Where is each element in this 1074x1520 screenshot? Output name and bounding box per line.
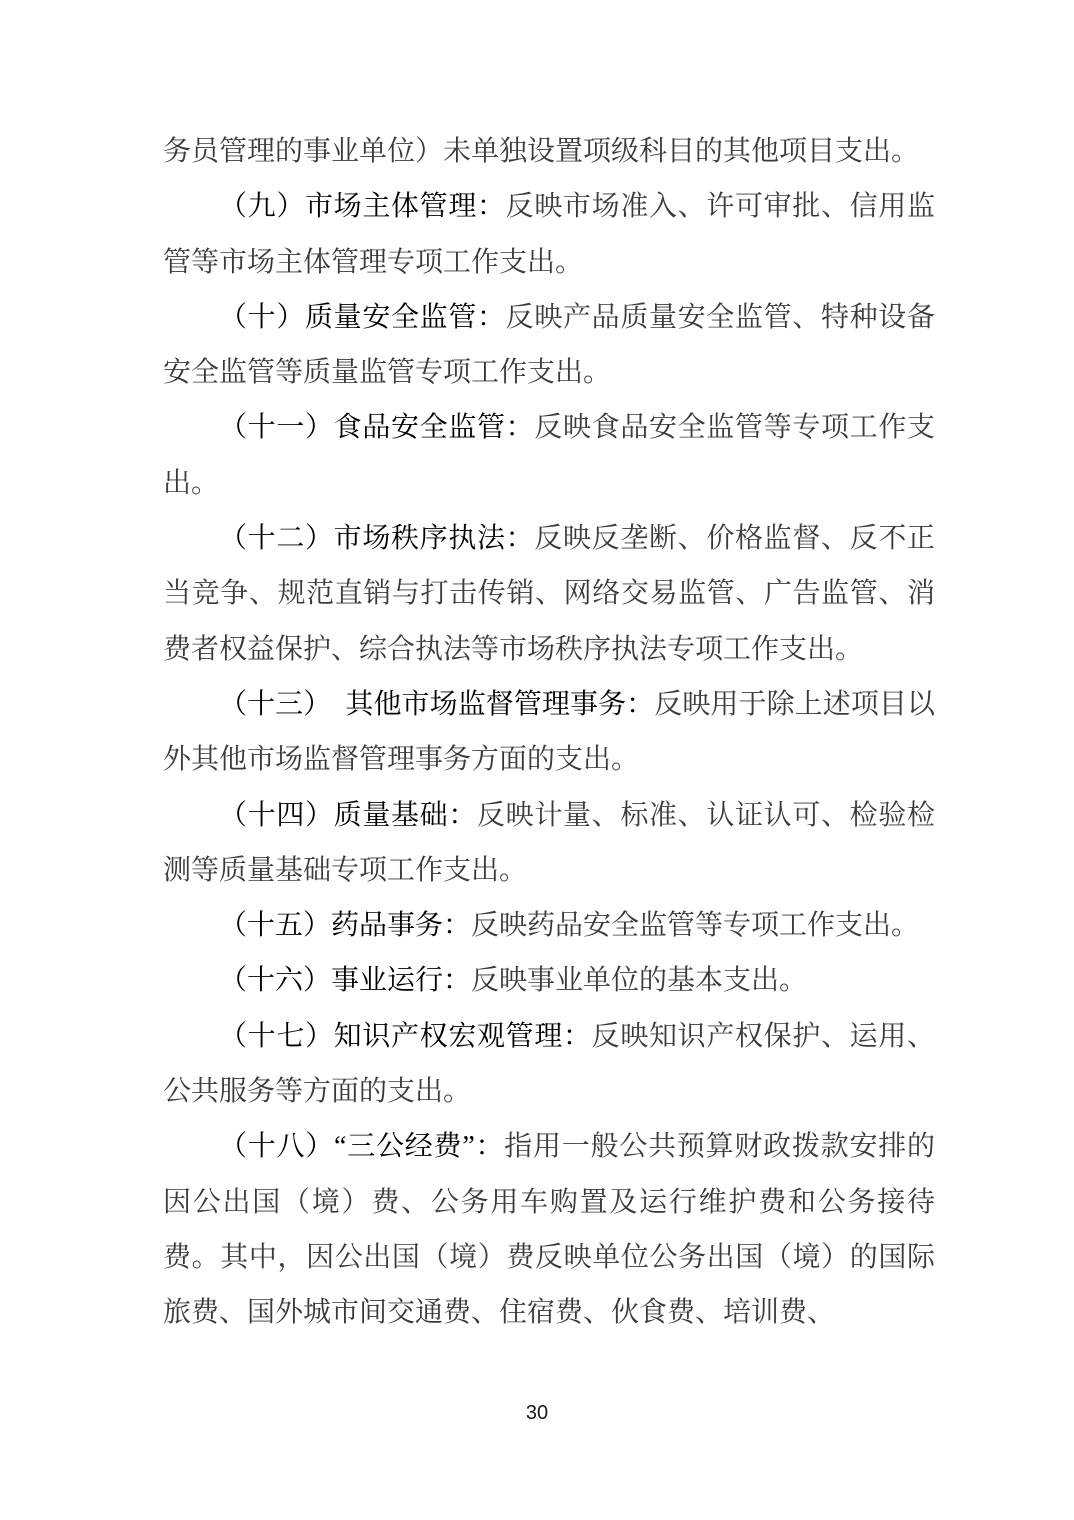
paragraph: （十四）质量基础：反映计量、标准、认证认可、检验检测等质量基础专项工作支出。 [163, 788, 935, 899]
paragraph: 务员管理的事业单位）未单独设置项级科目的其他项目支出。 [163, 124, 935, 179]
paragraph-lead: （十一）食品安全监管： [219, 412, 534, 443]
paragraph: （十五）药品事务：反映药品安全监管等专项工作支出。 [163, 898, 935, 953]
paragraph-body: 务员管理的事业单位）未单独设置项级科目的其他项目支出。 [163, 136, 919, 167]
paragraph-lead: （十七）知识产权宏观管理： [219, 1021, 592, 1052]
paragraph-lead: （十）质量安全监管： [219, 302, 506, 333]
paragraph-lead: （九）市场主体管理： [219, 191, 506, 222]
paragraph: （十八）“三公经费”：指用一般公共预算财政拨款安排的因公出国（境）费、公务用车购… [163, 1119, 935, 1340]
paragraph-body: 反映药品安全监管等专项工作支出。 [471, 910, 919, 941]
paragraph: （九）市场主体管理：反映市场准入、许可审批、信用监管等市场主体管理专项工作支出。 [163, 179, 935, 290]
paragraph-lead: （十八）“三公经费”： [219, 1131, 504, 1162]
paragraph: （十三） 其他市场监督管理事务：反映用于除上述项目以外其他市场监督管理事务方面的… [163, 677, 935, 788]
paragraph: （十二）市场秩序执法：反映反垄断、价格监督、反不正当竞争、规范直销与打击传销、网… [163, 511, 935, 677]
paragraph-lead: （十四）质量基础： [219, 800, 477, 831]
paragraph: （十）质量安全监管：反映产品质量安全监管、特种设备安全监管等质量监管专项工作支出… [163, 290, 935, 401]
document-page: 务员管理的事业单位）未单独设置项级科目的其他项目支出。 （九）市场主体管理：反映… [0, 0, 1074, 1520]
paragraph-lead: （十三） 其他市场监督管理事务： [219, 689, 654, 720]
paragraph-lead: （十二）市场秩序执法： [219, 523, 534, 554]
paragraph: （十六）事业运行：反映事业单位的基本支出。 [163, 953, 935, 1008]
paragraph-lead: （十五）药品事务： [219, 910, 471, 941]
paragraph-body: 反映事业单位的基本支出。 [471, 965, 807, 996]
paragraph: （十一）食品安全监管：反映食品安全监管等专项工作支出。 [163, 400, 935, 511]
paragraph-lead: （十六）事业运行： [219, 965, 471, 996]
document-body: 务员管理的事业单位）未单独设置项级科目的其他项目支出。 （九）市场主体管理：反映… [163, 124, 935, 1341]
page-number: 30 [0, 1402, 1074, 1425]
paragraph: （十七）知识产权宏观管理：反映知识产权保护、运用、公共服务等方面的支出。 [163, 1009, 935, 1120]
